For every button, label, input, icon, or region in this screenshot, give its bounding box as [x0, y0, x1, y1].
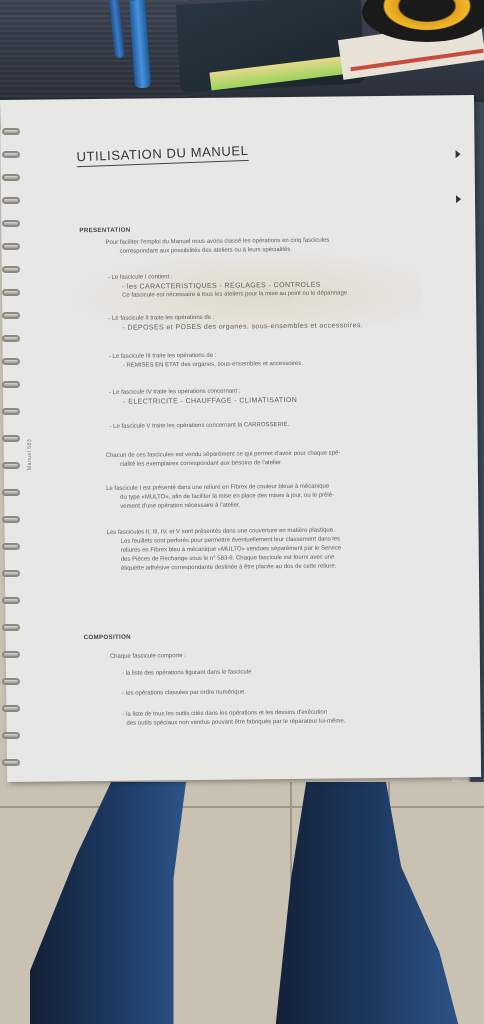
composition-item-1: - la liste des opérations figurant dans … — [122, 668, 251, 678]
composition-item-3: - la liste de tous les outils cités dans… — [122, 708, 345, 728]
text-line: étiquette adhésive correspondante destin… — [107, 562, 341, 573]
binding-ring — [2, 732, 20, 739]
binding-ring — [2, 462, 20, 469]
text-line: des outils spéciaux non vendus pouvant ê… — [122, 717, 345, 728]
binding-ring — [2, 408, 20, 415]
binding-ring — [2, 243, 20, 250]
binding-ring — [2, 678, 20, 685]
binding-ring — [2, 335, 20, 342]
page-title: UTILISATION DU MANUEL — [76, 143, 249, 167]
index-tab-arrow-icon — [456, 195, 461, 203]
fascicule-2: - Le fascicule II traite les opérations … — [108, 312, 363, 333]
binding-ring — [2, 220, 20, 227]
text-line: Chacun de ces fascicules est vendu sépar… — [106, 450, 341, 458]
binding-ring — [2, 705, 20, 712]
text-line: Le fascicule I est présenté dans une rel… — [106, 484, 329, 492]
binding-ring — [2, 570, 20, 577]
side-label: Manuel 583 — [27, 439, 33, 470]
text-line: - REMISES EN ETAT des organes, sous-ense… — [109, 360, 303, 371]
fascicule-1: - Le fascicule I contient : - les CARACT… — [108, 271, 349, 301]
binding-ring — [2, 624, 20, 631]
text-line: - ELECTRICITE - CHAUFFAGE - CLIMATISATIO… — [109, 396, 297, 407]
binding-ring — [2, 759, 20, 766]
binding-ring — [2, 128, 20, 135]
paragraph-binding: Le fascicule I est présenté dans une rel… — [106, 483, 334, 512]
text-line: Ce fascicule est nécessaire à tous les a… — [108, 289, 349, 301]
text-line: - Le fascicule V traite les opérations c… — [109, 422, 289, 430]
binding-ring — [2, 435, 20, 442]
composition-item-2: - les opérations classées par ordre numé… — [122, 688, 246, 698]
fascicule-5: - Le fascicule V traite les opérations c… — [109, 421, 289, 432]
text-line: - DEPOSES et POSES des organes, sous-ens… — [108, 321, 363, 333]
paragraph-sold-separately: Chacun de ces fascicules est vendu sépar… — [106, 449, 341, 469]
manual-page: UTILISATION DU MANUEL PRESENTATION Pour … — [0, 95, 481, 782]
text-line: vement d'une opération nécessaire à l'at… — [106, 501, 334, 512]
fascicule-3: - Le fascicule III traite les opérations… — [109, 351, 303, 371]
binding-ring — [2, 381, 20, 388]
binding-ring — [2, 174, 20, 181]
binding-ring — [2, 197, 20, 204]
binding-ring — [2, 312, 20, 319]
text-line: cialité les exemplaires correspondant au… — [106, 458, 341, 469]
binding-ring — [2, 151, 20, 158]
binding-ring — [2, 543, 20, 550]
binding-ring — [2, 266, 20, 273]
binding-ring — [2, 597, 20, 604]
binding-ring — [2, 358, 20, 365]
text-line: Les fascicules II, III, IV, et V sont pr… — [107, 528, 335, 536]
text-line: - Le fascicule II traite les opérations … — [108, 315, 214, 322]
text-line: - Le fascicule III traite les opérations… — [109, 353, 217, 360]
section-heading-composition: COMPOSITION — [84, 634, 131, 641]
binding-ring — [2, 651, 20, 658]
text-line: - Le fascicule IV traite les opérations … — [109, 388, 240, 395]
binding-ring — [2, 289, 20, 296]
text-line: correspondant aux possibilités des ateli… — [106, 246, 330, 257]
fascicule-4: - Le fascicule IV traite les opérations … — [109, 387, 297, 407]
text-line: - Le fascicule I contient : — [108, 274, 173, 281]
text-line: - la liste de tous les outils cités dans… — [122, 710, 327, 718]
text-line: Pour faciliter l'emploi du Manuel nous a… — [105, 238, 329, 246]
binding-ring — [2, 489, 20, 496]
tile-grout — [0, 806, 484, 808]
section-heading-presentation: PRESENTATION — [79, 227, 130, 235]
presentation-intro: Pour faciliter l'emploi du Manuel nous a… — [105, 237, 329, 257]
composition-lead: Chaque fascicule comporte : — [110, 652, 186, 662]
paragraph-cover: Les fascicules II, III, IV, et V sont pr… — [106, 526, 341, 573]
binding-ring — [2, 516, 20, 523]
index-tab-arrow-icon — [456, 150, 461, 158]
page-content: UTILISATION DU MANUEL PRESENTATION Pour … — [0, 95, 481, 782]
